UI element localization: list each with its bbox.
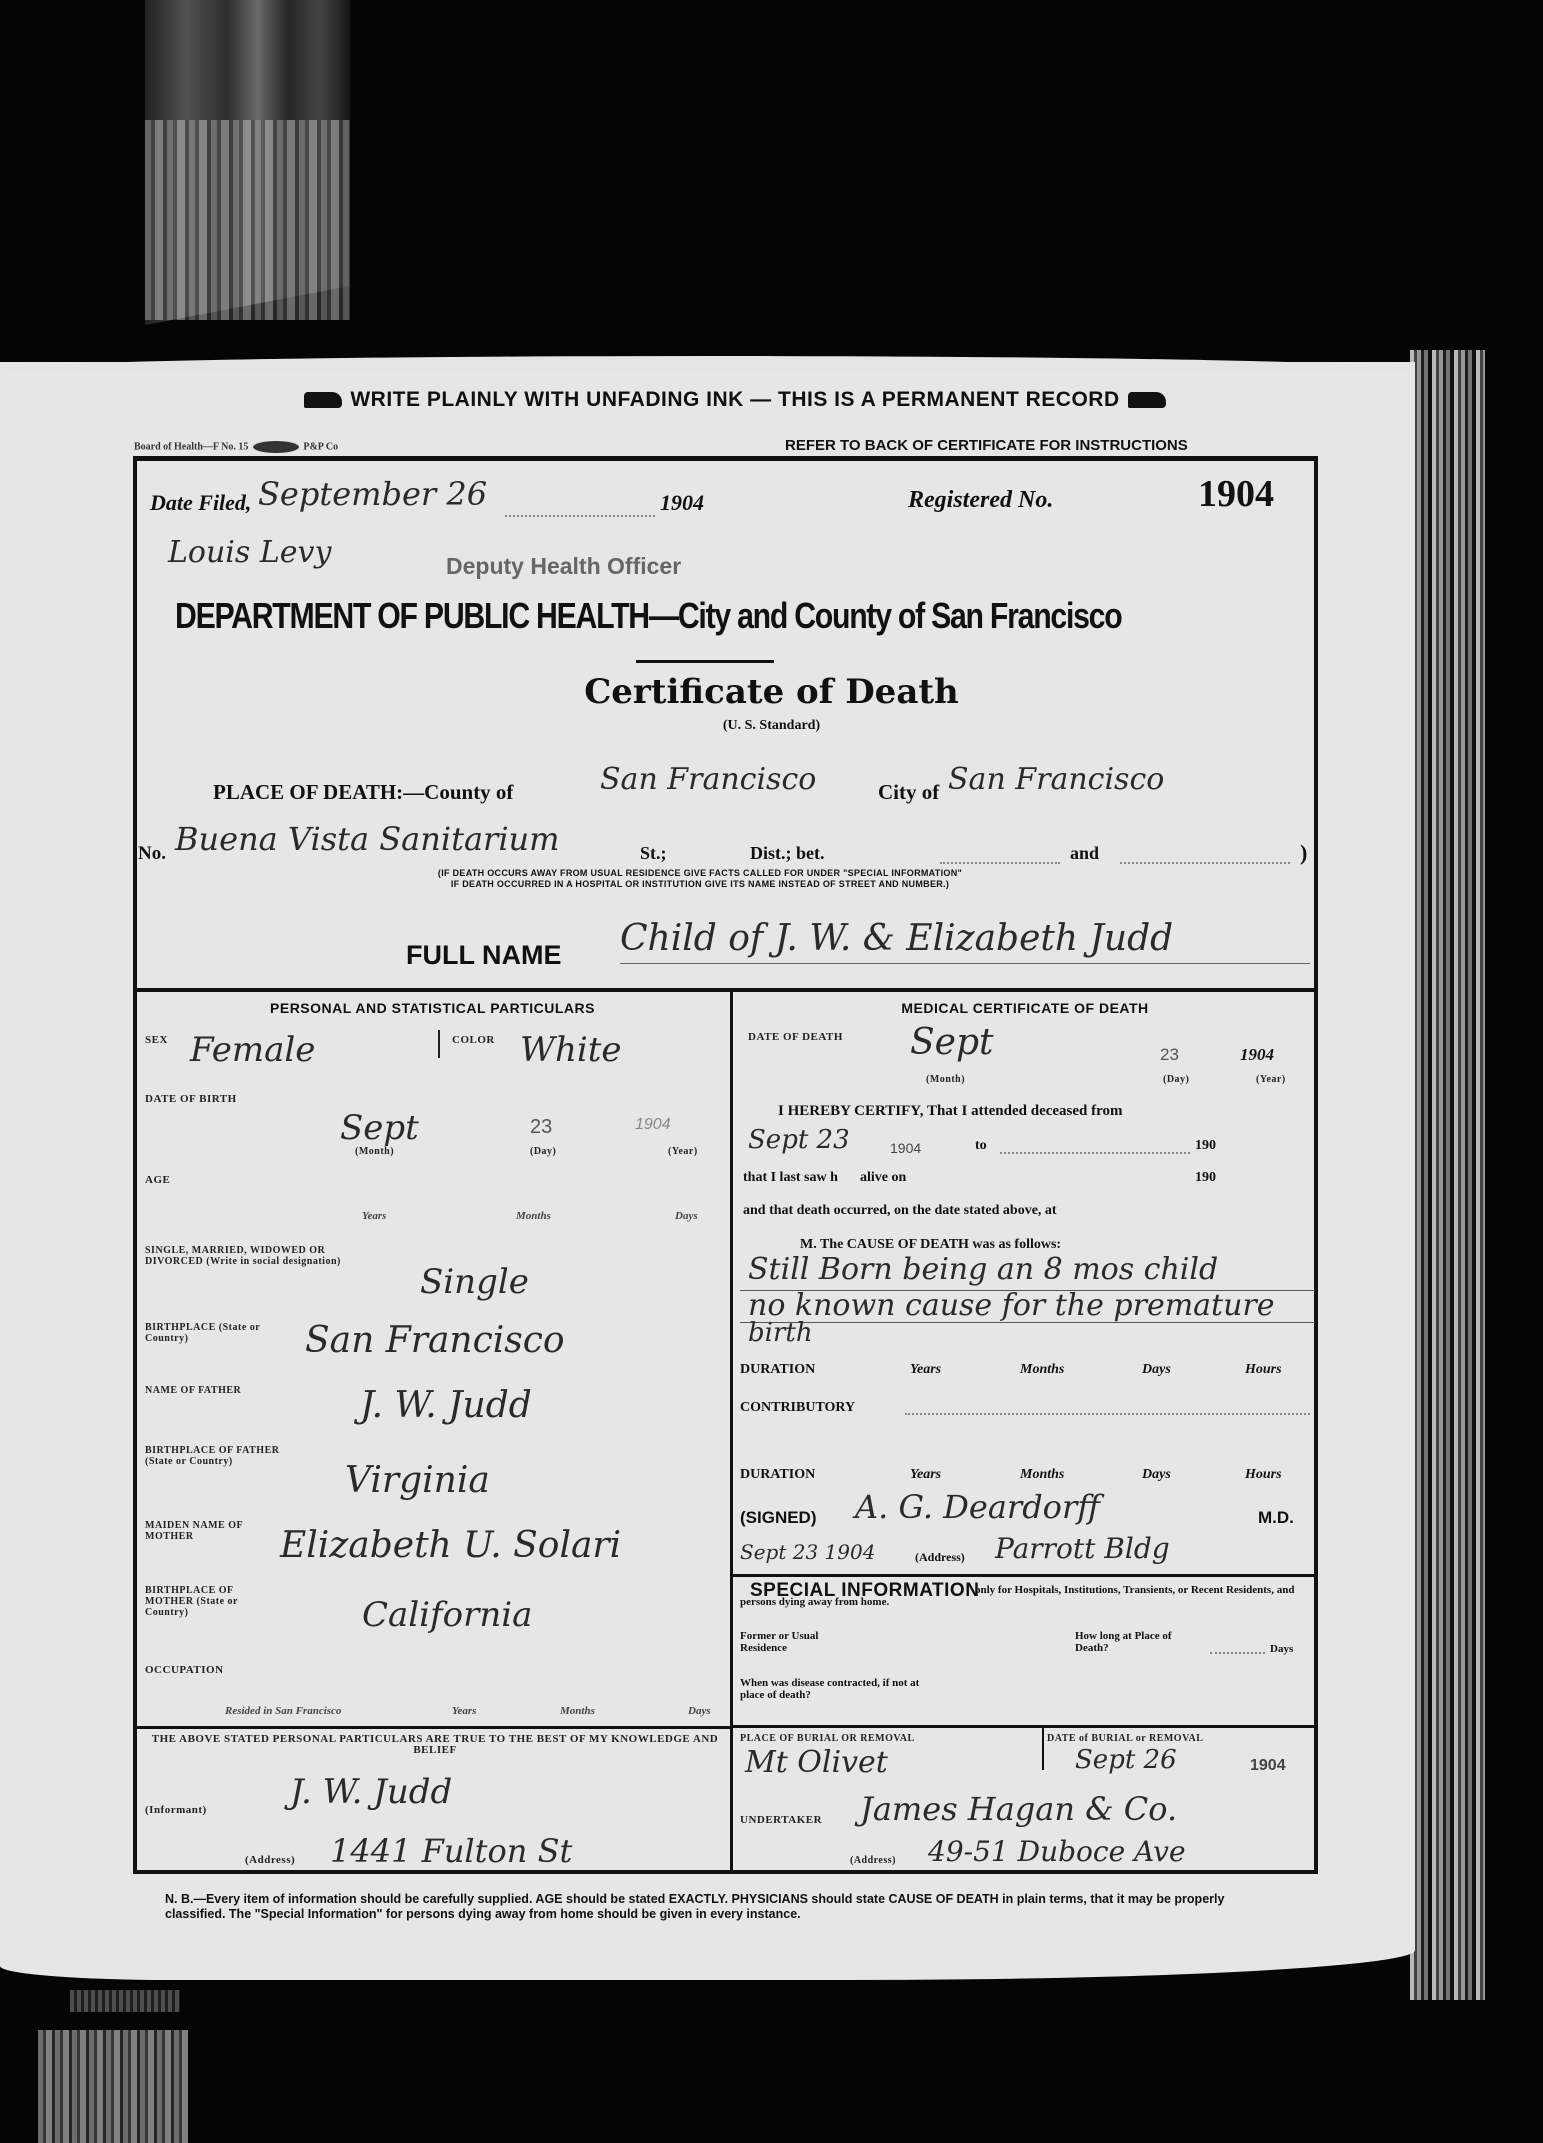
occurred-text: and that death occurred, on the date sta… bbox=[743, 1203, 1057, 1219]
dob-month: Sept bbox=[340, 1108, 419, 1148]
father-birthplace-label: BIRTHPLACE OF FATHER (State or Country) bbox=[145, 1445, 285, 1467]
md-label: M.D. bbox=[1258, 1508, 1294, 1528]
place-of-death-label: PLACE OF DEATH:—County of bbox=[213, 780, 513, 805]
city-value: San Francisco bbox=[948, 762, 1164, 797]
background-card-texture bbox=[145, 120, 350, 320]
resided-years: Years bbox=[452, 1705, 476, 1717]
registered-label: Registered No. bbox=[908, 487, 1053, 514]
death-day: 23 bbox=[1160, 1045, 1179, 1065]
duration2-months: Months bbox=[1020, 1467, 1064, 1483]
color-value: White bbox=[520, 1030, 622, 1070]
pointing-hand-icon bbox=[1128, 392, 1166, 408]
death-day-caption: (Day) bbox=[1163, 1074, 1189, 1085]
informant-statement: THE ABOVE STATED PERSONAL PARTICULARS AR… bbox=[145, 1734, 725, 1756]
how-long-days-label: Days bbox=[1270, 1643, 1293, 1655]
duration2-days: Days bbox=[1142, 1467, 1171, 1483]
pointing-hand-icon bbox=[304, 392, 342, 408]
mother-name-label: MAIDEN NAME OF MOTHER bbox=[145, 1520, 275, 1542]
undertaker-value: James Hagan & Co. bbox=[860, 1790, 1177, 1828]
footer-note: N. B.—Every item of information should b… bbox=[165, 1892, 1225, 1922]
sex-value: Female bbox=[190, 1030, 315, 1070]
and-label: and bbox=[1070, 843, 1099, 864]
dob-day: 23 bbox=[530, 1116, 552, 1139]
instructions-note: REFER TO BACK OF CERTIFICATE FOR INSTRUC… bbox=[785, 437, 1188, 454]
ledger-page-edges bbox=[1410, 350, 1485, 2000]
cause-label: M. The CAUSE OF DEATH was as follows: bbox=[800, 1237, 1061, 1253]
age-months-label: Months bbox=[516, 1210, 551, 1222]
duration-hours: Hours bbox=[1245, 1362, 1282, 1378]
undertaker-label: UNDERTAKER bbox=[740, 1815, 822, 1826]
age-label: AGE bbox=[145, 1175, 170, 1186]
certificate-standard: (U. S. Standard) bbox=[0, 718, 1543, 734]
death-month-caption: (Month) bbox=[926, 1074, 965, 1085]
age-years-label: Years bbox=[362, 1210, 386, 1222]
how-long-label: How long at Place of Death? bbox=[1075, 1630, 1195, 1654]
date-of-birth-label: DATE OF BIRTH bbox=[145, 1094, 237, 1105]
certificate-frame bbox=[133, 456, 1318, 1874]
dob-year-caption: (Year) bbox=[668, 1146, 698, 1157]
duration2-years: Years bbox=[910, 1467, 941, 1483]
special-info-subtitle: only for Hospitals, Institutions, Transi… bbox=[740, 1584, 1312, 1608]
officer-signature: Louis Levy bbox=[168, 535, 331, 570]
resided-months: Months bbox=[560, 1705, 595, 1717]
medical-section-heading: MEDICAL CERTIFICATE OF DEATH bbox=[735, 1000, 1315, 1016]
last-saw-text: that I last saw h bbox=[743, 1170, 838, 1186]
age-days-label: Days bbox=[675, 1210, 698, 1222]
paren-close: ) bbox=[1300, 840, 1307, 866]
resided-days: Days bbox=[688, 1705, 711, 1717]
alive-year-prefix: 190 bbox=[1195, 1170, 1216, 1186]
dob-year: 1904 bbox=[635, 1116, 671, 1134]
mother-birthplace-label: BIRTHPLACE OF MOTHER (State or Country) bbox=[145, 1585, 275, 1618]
death-year: 1904 bbox=[1240, 1045, 1274, 1065]
birthplace-label: BIRTHPLACE (State or Country) bbox=[145, 1322, 285, 1344]
physician-address-label: (Address) bbox=[915, 1550, 965, 1565]
mother-name-value: Elizabeth U. Solari bbox=[280, 1525, 621, 1566]
union-label-icon bbox=[253, 441, 299, 453]
county-value: San Francisco bbox=[600, 762, 816, 797]
burial-place: Mt Olivet bbox=[745, 1745, 888, 1780]
birthplace-value: San Francisco bbox=[305, 1320, 565, 1361]
father-name-label: NAME OF FATHER bbox=[145, 1385, 245, 1396]
informant-address: 1441 Fulton St bbox=[330, 1832, 572, 1870]
marital-label: SINGLE, MARRIED, WIDOWED OR DIVORCED (Wr… bbox=[145, 1245, 345, 1267]
duration-days: Days bbox=[1142, 1362, 1171, 1378]
color-label: COLOR bbox=[452, 1035, 495, 1046]
occupation-label: OCCUPATION bbox=[145, 1665, 224, 1676]
informant-name: J. W. Judd bbox=[290, 1772, 452, 1812]
street-value: Buena Vista Sanitarium bbox=[175, 820, 560, 858]
former-residence-label: Former or Usual Residence bbox=[740, 1630, 860, 1654]
burial-year: 1904 bbox=[1250, 1757, 1286, 1775]
father-name-value: J. W. Judd bbox=[360, 1385, 532, 1426]
physician-address: Parrott Bldg bbox=[995, 1532, 1170, 1565]
date-filed-value: September 26 bbox=[258, 475, 487, 513]
signed-label: (SIGNED) bbox=[740, 1508, 817, 1528]
department-title: DEPARTMENT OF PUBLIC HEALTH—City and Cou… bbox=[175, 595, 1121, 637]
duration-label: DURATION bbox=[740, 1362, 815, 1378]
city-label: City of bbox=[878, 780, 939, 805]
marital-value: Single bbox=[420, 1262, 529, 1302]
background-card-strip bbox=[70, 1990, 180, 2012]
duration2-hours: Hours bbox=[1245, 1467, 1282, 1483]
contracted-label: When was disease contracted, if not at p… bbox=[740, 1677, 920, 1701]
burial-date-label: DATE of BURIAL or REMOVAL bbox=[1047, 1733, 1203, 1744]
personal-section-heading: PERSONAL AND STATISTICAL PARTICULARS bbox=[140, 1000, 725, 1016]
cause-line-3: birth bbox=[748, 1318, 813, 1348]
banner: WRITE PLAINLY WITH UNFADING INK — THIS I… bbox=[190, 388, 1280, 412]
dob-day-caption: (Day) bbox=[530, 1146, 556, 1157]
duration-months: Months bbox=[1020, 1362, 1064, 1378]
full-name-label: FULL NAME bbox=[406, 940, 562, 971]
date-filed-year: 1904 bbox=[660, 490, 704, 516]
place-of-death-note: (IF DEATH OCCURS AWAY FROM USUAL RESIDEN… bbox=[200, 868, 1200, 890]
to-year-prefix: 190 bbox=[1195, 1138, 1216, 1154]
date-filed-label: Date Filed, bbox=[150, 490, 251, 516]
officer-title: Deputy Health Officer bbox=[446, 553, 681, 580]
cause-line-2: no known cause for the premature bbox=[748, 1288, 1275, 1323]
cause-line-1: Still Born being an 8 mos child bbox=[748, 1252, 1218, 1287]
mother-birthplace-value: California bbox=[362, 1595, 532, 1635]
burial-place-label: PLACE OF BURIAL OR REMOVAL bbox=[740, 1733, 915, 1744]
full-name-value: Child of J. W. & Elizabeth Judd bbox=[620, 918, 1173, 959]
street-st-label: St.; bbox=[640, 843, 667, 864]
dob-month-caption: (Month) bbox=[355, 1146, 394, 1157]
certify-text: I HEREBY CERTIFY, That I attended deceas… bbox=[778, 1103, 1123, 1120]
registered-number: 1904 bbox=[1198, 472, 1274, 516]
informant-label: (Informant) bbox=[145, 1805, 207, 1816]
informant-address-label: (Address) bbox=[245, 1855, 295, 1866]
to-label: to bbox=[975, 1138, 987, 1154]
duration2-label: DURATION bbox=[740, 1467, 815, 1483]
physician-signature: A. G. Deardorff bbox=[855, 1488, 1100, 1526]
death-month: Sept bbox=[910, 1022, 993, 1063]
certificate-title: Certificate of Death bbox=[0, 672, 1543, 712]
sex-label: SEX bbox=[145, 1035, 168, 1046]
form-id: Board of Health—F No. 15 P&P Co bbox=[134, 441, 338, 453]
contributory-label: CONTRIBUTORY bbox=[740, 1400, 855, 1416]
undertaker-address: 49-51 Duboce Ave bbox=[928, 1835, 1186, 1868]
street-no-label: No. bbox=[138, 843, 166, 865]
attended-from: Sept 23 bbox=[748, 1125, 850, 1155]
date-of-death-label: DATE OF DEATH bbox=[748, 1032, 843, 1043]
district-label: Dist.; bet. bbox=[750, 843, 825, 864]
resided-label: Resided in San Francisco bbox=[225, 1705, 341, 1717]
alive-on-text: alive on bbox=[860, 1170, 906, 1186]
burial-date: Sept 26 bbox=[1075, 1745, 1177, 1775]
duration-years: Years bbox=[910, 1362, 941, 1378]
attended-from-year: 1904 bbox=[890, 1140, 921, 1156]
father-birthplace-value: Virginia bbox=[345, 1460, 490, 1501]
signed-date: Sept 23 1904 bbox=[740, 1540, 875, 1564]
death-year-caption: (Year) bbox=[1256, 1074, 1286, 1085]
background-card-bottom bbox=[38, 2030, 188, 2143]
undertaker-address-label: (Address) bbox=[850, 1855, 896, 1866]
